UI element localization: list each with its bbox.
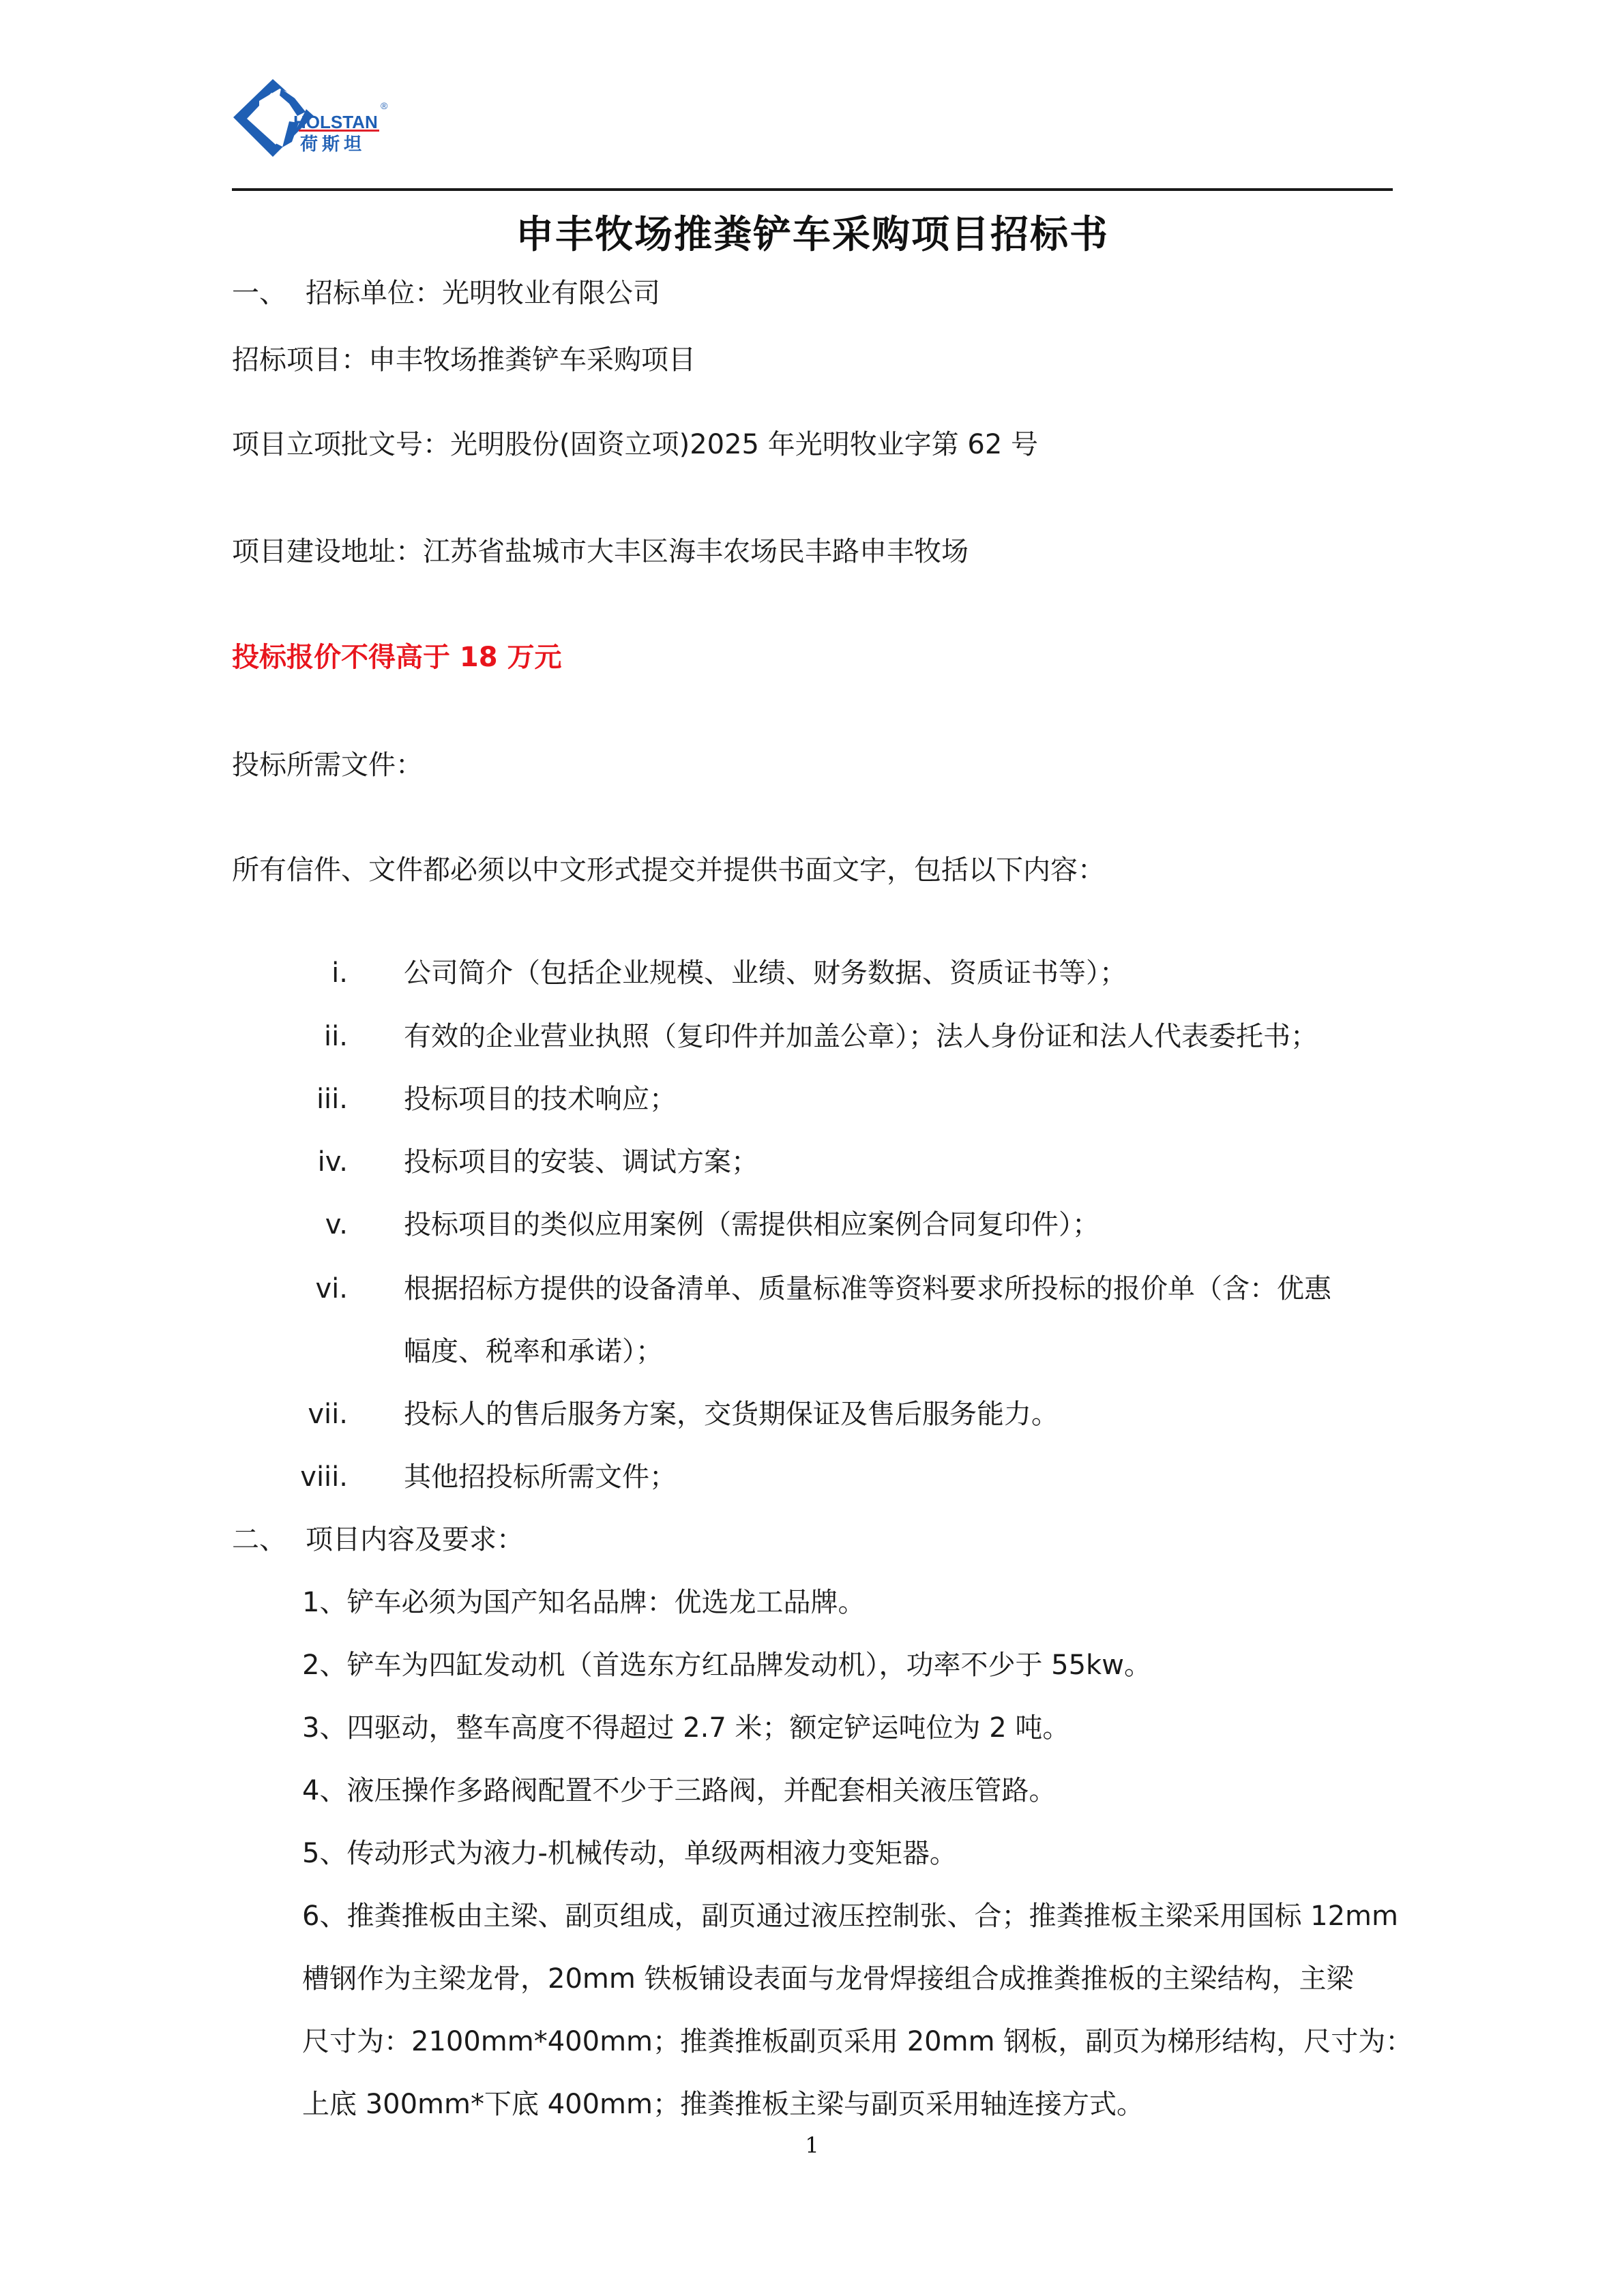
section-2-title: 项目内容及要求： — [306, 1524, 524, 1555]
list-item-number: iv. — [232, 1146, 348, 1178]
holstan-logo: HOLSTAN ® 荷斯坦 — [232, 74, 389, 162]
project-name: 招标项目：申丰牧场推粪铲车采购项目 — [232, 344, 696, 376]
list-item: 投标项目的安装、调试方案； — [404, 1146, 758, 1178]
list-item: 公司简介（包括企业规模、业绩、财务数据、资质证书等）； — [404, 957, 1127, 989]
requirement-item-continuation: 尺寸为：2100mm*400mm；推粪推板副页采用 20mm 钢板，副页为梯形结… — [302, 2025, 1413, 2058]
svg-text:HOLSTAN: HOLSTAN — [293, 112, 378, 132]
requirement-item: 1、铲车必须为国产知名品牌：优选龙工品牌。 — [302, 1586, 865, 1619]
svg-text:®: ® — [381, 100, 388, 111]
list-item-number: vi. — [232, 1272, 348, 1305]
approval-number: 项目立项批文号：光明股份(固资立项)2025 年光明牧业字第 62 号 — [232, 428, 1038, 461]
page-number: 1 — [0, 2132, 1624, 2158]
section-number: 二、 — [232, 1523, 306, 1556]
price-limit-notice: 投标报价不得高于 18 万元 — [232, 641, 562, 674]
list-item-number: iii. — [232, 1083, 348, 1116]
requirement-item-continuation: 槽钢作为主梁龙骨，20mm 铁板铺设表面与龙骨焊接组合成推粪推板的主梁结构，主梁 — [302, 1963, 1354, 1995]
requirement-item: 5、传动形式为液力-机械传动，单级两相液力变矩器。 — [302, 1837, 957, 1870]
list-item: 投标项目的技术响应； — [404, 1083, 677, 1116]
list-item-number: i. — [232, 957, 348, 989]
list-item: 有效的企业营业执照（复印件并加盖公章）；法人身份证和法人代表委托书； — [404, 1020, 1318, 1053]
requirement-item: 6、推粪推板由主梁、副页组成，副页通过液压控制张、合；推粪推板主梁采用国标 12… — [302, 1900, 1398, 1933]
list-item: 投标人的售后服务方案，交货期保证及售后服务能力。 — [404, 1398, 1059, 1431]
tender-unit: 招标单位：光明牧业有限公司 — [306, 278, 660, 309]
document-page: HOLSTAN ® 荷斯坦 申丰牧场推粪铲车采购项目招标书 一、招标单位：光明牧… — [0, 0, 1624, 2296]
list-item: 其他招投标所需文件； — [404, 1461, 677, 1493]
required-docs-heading: 投标所需文件： — [232, 749, 423, 781]
list-item: 根据招标方提供的设备清单、质量标准等资料要求所投标的报价单（含：优惠 — [404, 1272, 1331, 1305]
list-item-number: vii. — [232, 1398, 348, 1431]
list-item-number: v. — [232, 1208, 348, 1241]
list-item: 投标项目的类似应用案例（需提供相应案例合同复印件）； — [404, 1208, 1099, 1241]
section-number: 一、 — [232, 277, 306, 310]
document-title: 申丰牧场推粪铲车采购项目招标书 — [232, 205, 1393, 259]
header-divider — [232, 188, 1393, 191]
project-address: 项目建设地址：江苏省盐城市大丰区海丰农场民丰路申丰牧场 — [232, 535, 969, 568]
section-2-heading: 二、项目内容及要求： — [232, 1523, 524, 1556]
requirement-item: 2、铲车为四缸发动机（首选东方红品牌发动机），功率不少于 55kw。 — [302, 1649, 1151, 1682]
list-item-number: ii. — [232, 1020, 348, 1053]
section-1-heading: 一、招标单位：光明牧业有限公司 — [232, 277, 660, 310]
list-item-continuation: 幅度、税率和承诺）； — [404, 1335, 663, 1368]
requirement-item-continuation: 上底 300mm*下底 400mm；推粪推板主梁与副页采用轴连接方式。 — [302, 2088, 1144, 2121]
list-item-number: viii. — [232, 1461, 348, 1493]
submission-intro: 所有信件、文件都必须以中文形式提交并提供书面文字，包括以下内容： — [232, 854, 1105, 886]
svg-text:荷斯坦: 荷斯坦 — [300, 134, 366, 155]
requirement-item: 4、液压操作多路阀配置不少于三路阀，并配套相关液压管路。 — [302, 1774, 1056, 1807]
requirement-item: 3、四驱动，整车高度不得超过 2.7 米；额定铲运吨位为 2 吨。 — [302, 1712, 1069, 1744]
